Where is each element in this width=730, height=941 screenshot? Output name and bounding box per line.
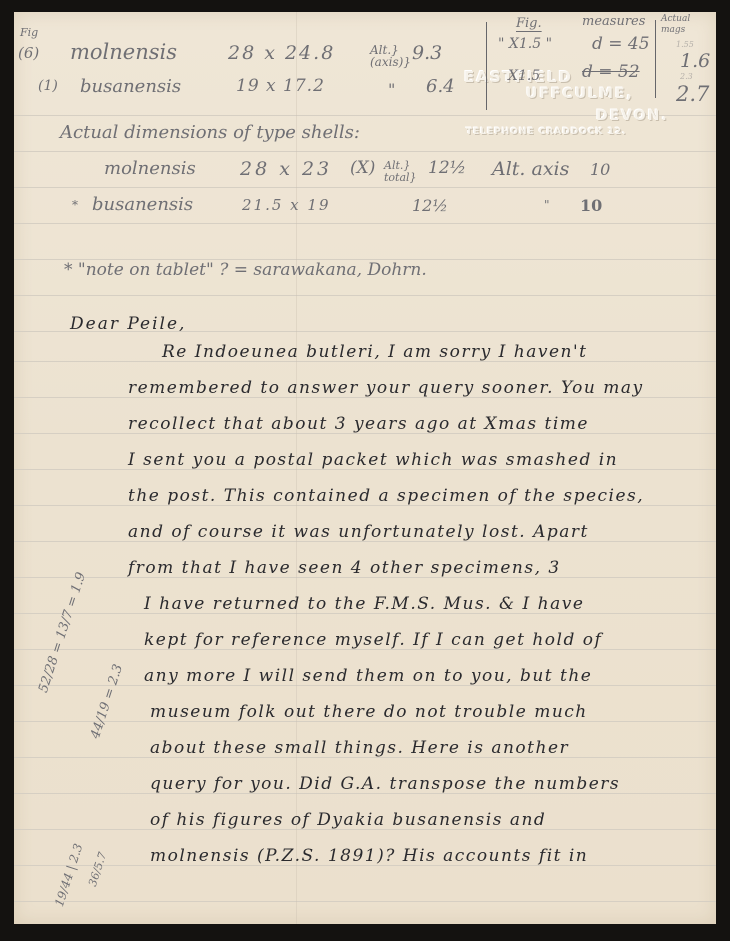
letter-page: EASTFIELD UFFCULME, DEVON. TELEPHONE CRA… (14, 12, 716, 924)
measure-d52: d = 52 (582, 62, 640, 82)
faint-mag-1: 1.55 (676, 40, 694, 49)
letter-line: any more I will send them on to you, but… (144, 666, 592, 686)
letterhead-telephone: TELEPHONE CRADDOCK 12. (466, 127, 627, 137)
fig-scale-1: " X1.5 " (498, 36, 552, 52)
letter-line: from that I have seen 4 other specimens,… (128, 558, 561, 578)
dims-molnensis: 28 x 24.8 (228, 42, 335, 64)
letter-line: recollect that about 3 years ago at Xmas… (128, 414, 589, 434)
margin-calc-2: 44/19 = 2.3 (88, 662, 126, 740)
col-header-measures: measures (582, 14, 645, 29)
alt-value-busanensis: 6.4 (426, 76, 455, 97)
dim-species-busanensis: busanensis (92, 194, 193, 215)
fig-scale-2: X1.5 (508, 68, 540, 84)
ditto-mark-2: " (544, 198, 550, 212)
alt-total-label: Alt.} total} (384, 160, 420, 184)
alt-value-molnensis: 9.3 (412, 42, 442, 64)
margin-calc-3: 19/44 | 2.3 (52, 842, 86, 908)
letter-line: query for you. Did G.A. transpose the nu… (150, 774, 620, 794)
column-divider (655, 20, 656, 98)
ruled-line (14, 187, 716, 188)
dim-busanensis: 21.5 x 19 (242, 196, 330, 214)
faint-mag-2: 2.3 (680, 72, 693, 81)
alt-axis-value-molnensis: 10 (590, 160, 610, 179)
measure-d45: d = 45 (592, 34, 650, 54)
ruled-line (14, 223, 716, 224)
margin-calc-1: 52/28 = 13/7 = 1.9 (36, 570, 89, 694)
salutation: Dear Peile, (70, 314, 186, 334)
alt-total-value-molnensis: 12½ (428, 158, 466, 178)
dims-busanensis: 19 x 17.2 (236, 76, 325, 96)
dim-species-molnensis: molnensis (104, 158, 196, 179)
asterisk-mark: * (72, 198, 78, 212)
letter-line: Re Indoeunea butleri, I am sorry I haven… (162, 342, 587, 362)
actual-mag-2: 2.7 (676, 82, 709, 106)
letter-line: kept for reference myself. If I can get … (144, 630, 602, 650)
letterhead-line2: UFFCULME, (526, 86, 634, 102)
letter-line: and of course it was unfortunately lost.… (128, 522, 589, 542)
column-divider (486, 22, 487, 110)
col-header-actual-mags: Actual mags (661, 14, 713, 36)
letter-line: of his figures of Dyakia busanensis and (150, 810, 546, 830)
fig-ref-1: (1) (38, 78, 58, 94)
alt-axis-value-busanensis: 10 (580, 196, 602, 215)
fig-ref-6: (6) (18, 44, 39, 62)
letter-line: I have returned to the F.M.S. Mus. & I h… (144, 594, 584, 614)
species-molnensis: molnensis (70, 40, 177, 64)
margin-calc-4: 36/5.7 (86, 851, 109, 888)
actual-mag-1: 1.6 (680, 50, 710, 72)
col-header-fig: Fig. (516, 16, 542, 31)
letter-line: I sent you a postal packet which was sma… (128, 450, 618, 470)
alt-axis-label-2: Alt. axis (492, 158, 569, 180)
letter-line: museum folk out there do not trouble muc… (150, 702, 588, 722)
letter-line: about these small things. Here is anothe… (150, 738, 569, 758)
tablet-note: * "note on tablet" ? = sarawakana, Dohrn… (64, 260, 427, 280)
ruled-line (14, 295, 716, 296)
alt-axis-label: Alt.} (axis)} (370, 44, 408, 68)
ditto-mark: " (388, 80, 395, 99)
struck-mark: (X) (350, 158, 375, 178)
fig-label: Fig (20, 26, 38, 39)
species-busanensis: busanensis (80, 76, 181, 97)
ruled-line (14, 901, 716, 902)
dimensions-heading: Actual dimensions of type shells: (60, 122, 360, 143)
letter-line: remembered to answer your query sooner. … (128, 378, 644, 398)
letterhead-line3: DEVON. (596, 108, 669, 124)
dim-molnensis: 28 x 23 (240, 158, 332, 180)
alt-total-value-busanensis: 12½ (412, 196, 448, 215)
ruled-line (14, 151, 716, 152)
letter-line: the post. This contained a specimen of t… (128, 486, 644, 506)
letter-line: molnensis (P.Z.S. 1891)? His accounts fi… (150, 846, 588, 866)
